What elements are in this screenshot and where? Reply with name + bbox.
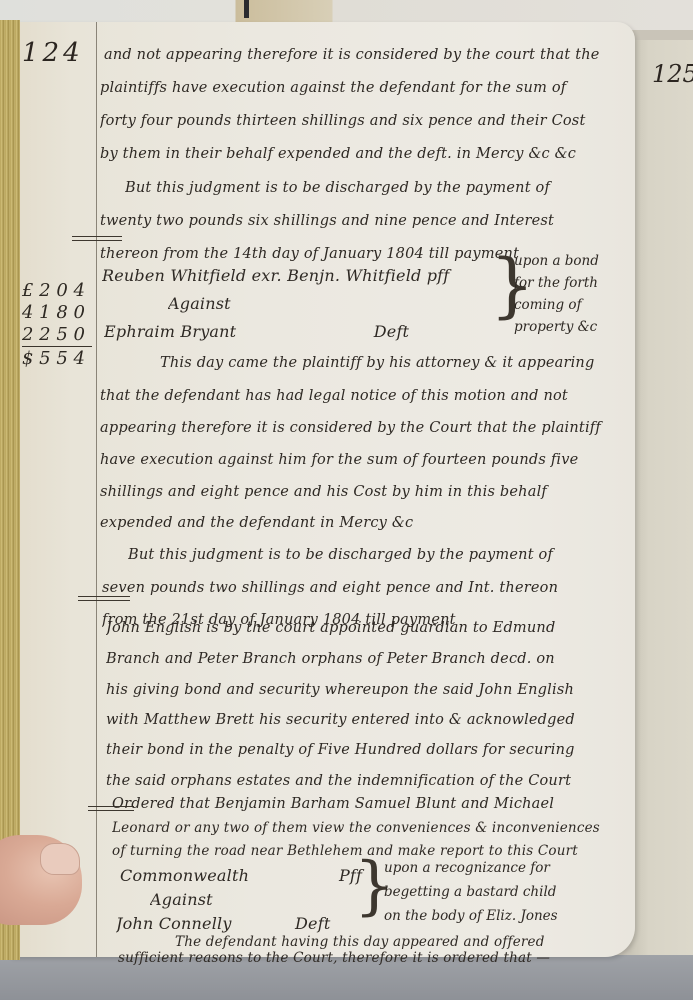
note-line: begetting a bastard child bbox=[384, 880, 604, 904]
note-line: upon a recognizance for bbox=[384, 856, 604, 880]
case-plaintiff: Reuben Whitfield exr. Benjn. Whitfield p… bbox=[102, 266, 502, 285]
text-line: the said orphans estates and the indemni… bbox=[106, 773, 586, 789]
note-line: upon a bond bbox=[514, 250, 634, 272]
case-against: Against bbox=[168, 294, 288, 313]
note-line: coming of bbox=[514, 294, 634, 316]
tally-line: £ 2 0 4 bbox=[22, 280, 92, 302]
note-line: on the body of Eliz. Jones bbox=[384, 904, 604, 928]
text-line: sufficient reasons to the Court, therefo… bbox=[118, 950, 608, 966]
note-line: property &c bbox=[514, 316, 634, 338]
thumbnail bbox=[40, 843, 80, 875]
text-line: have execution against him for the sum o… bbox=[100, 452, 605, 468]
tally-line: 2 2 5 0 bbox=[22, 324, 92, 346]
tally-line: 4 1 8 0 bbox=[22, 302, 92, 324]
text-line: their bond in the penalty of Five Hundre… bbox=[106, 742, 616, 758]
text-line: shillings and eight pence and his Cost b… bbox=[100, 484, 605, 500]
text-line: But this judgment is to be discharged by… bbox=[128, 547, 608, 563]
text-line: forty four pounds thirteen shillings and… bbox=[100, 113, 605, 129]
case-plaintiff: Commonwealth Pff bbox=[120, 866, 390, 885]
text-line: Branch and Peter Branch orphans of Peter… bbox=[106, 651, 606, 667]
text-line: Leonard or any two of them view the conv… bbox=[112, 820, 612, 836]
case-note: upon a recognizance for begetting a bast… bbox=[384, 856, 604, 928]
text-line: plaintiffs have execution against the de… bbox=[100, 80, 605, 96]
text-line: seven pounds two shillings and eight pen… bbox=[102, 580, 602, 596]
facing-page bbox=[630, 40, 693, 955]
entry-divider bbox=[72, 236, 122, 241]
case-against: Against bbox=[150, 890, 270, 909]
book-edge-shadow bbox=[244, 0, 249, 18]
text-line: and not appearing therefore it is consid… bbox=[104, 47, 604, 63]
text-line: This day came the plaintiff by his attor… bbox=[160, 355, 605, 371]
text-line: that the defendant has had legal notice … bbox=[100, 388, 610, 404]
text-line: The defendant having this day appeared a… bbox=[175, 934, 595, 950]
text-line: with Matthew Brett his security entered … bbox=[106, 712, 606, 728]
text-line: twenty two pounds six shillings and nine… bbox=[100, 213, 605, 229]
text-line: expended and the defendant in Mercy &c bbox=[100, 515, 500, 531]
page-stack-edge bbox=[0, 20, 20, 960]
tally-total: $ 5 5 4 bbox=[22, 346, 92, 370]
text-line: by them in their behalf expended and the… bbox=[100, 146, 605, 162]
text-line: But this judgment is to be discharged by… bbox=[125, 180, 605, 196]
facing-page-number: 125 bbox=[652, 60, 693, 88]
page-number: 124 bbox=[22, 38, 84, 68]
case-note: upon a bond for the forth coming of prop… bbox=[514, 250, 634, 338]
case-defendant: Ephraim Bryant Deft bbox=[104, 322, 494, 341]
margin-tally: £ 2 0 4 4 1 8 0 2 2 5 0 $ 5 5 4 bbox=[22, 280, 92, 370]
margin-rule bbox=[96, 22, 97, 957]
text-line: John English is by the court appointed g… bbox=[106, 620, 606, 636]
text-line: Ordered that Benjamin Barham Samuel Blun… bbox=[112, 796, 612, 812]
entry-divider bbox=[78, 596, 130, 601]
case-defendant: John Connelly Deft bbox=[116, 914, 376, 933]
text-line: his giving bond and security whereupon t… bbox=[106, 682, 606, 698]
note-line: for the forth bbox=[514, 272, 634, 294]
text-line: appearing therefore it is considered by … bbox=[100, 420, 612, 436]
